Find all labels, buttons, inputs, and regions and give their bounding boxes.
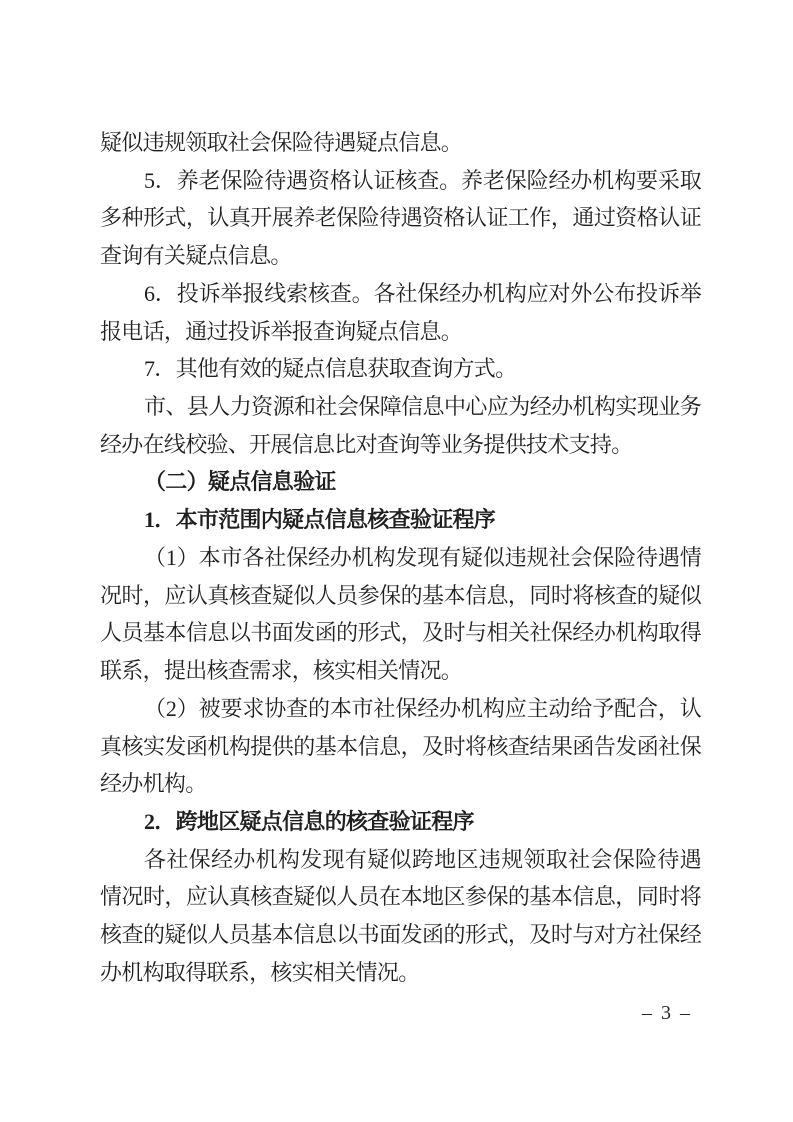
document-page: 疑似违规领取社会保险待遇疑点信息。5．养老保险待遇资格认证核查。养老保险经办机构…: [0, 0, 793, 1122]
body-text-line: （2）被要求协查的本市社保经办机构应主动给予配合，认: [100, 690, 701, 728]
body-text-line: 查询有关疑点信息。: [100, 237, 701, 275]
body-text-line: 各社保经办机构发现有疑似跨地区违规领取社会保险待遇: [100, 841, 701, 879]
body-text-line: 报电话，通过投诉举报查询疑点信息。: [100, 313, 701, 351]
body-text-line: 情况时，应认真核查疑似人员在本地区参保的基本信息，同时将: [100, 878, 701, 916]
body-text-line: 人员基本信息以书面发函的形式，及时与相关社保经办机构取得: [100, 614, 701, 652]
body-text-line: 经办机构。: [100, 765, 701, 803]
body-text-line: 经办在线校验、开展信息比对查询等业务提供技术支持。: [100, 426, 701, 464]
body-text-line: 真核实发函机构提供的基本信息，及时将核查结果函告发函社保: [100, 728, 701, 766]
body-text-line: 疑似违规领取社会保险待遇疑点信息。: [100, 124, 701, 162]
body-text-line: 联系，提出核查需求，核实相关情况。: [100, 652, 701, 690]
body-text-line: 市、县人力资源和社会保障信息中心应为经办机构实现业务: [100, 388, 701, 426]
body-text-line: 核查的疑似人员基本信息以书面发函的形式，及时与对方社保经: [100, 916, 701, 954]
section-heading-line: 1．本市范围内疑点信息核查验证程序: [100, 501, 701, 539]
document-body: 疑似违规领取社会保险待遇疑点信息。5．养老保险待遇资格认证核查。养老保险经办机构…: [100, 124, 701, 992]
page-number: – 3 –: [642, 1001, 692, 1025]
body-text-line: 5．养老保险待遇资格认证核查。养老保险经办机构要采取: [100, 162, 701, 200]
section-heading-line: （二）疑点信息验证: [100, 463, 701, 501]
body-text-line: 6．投诉举报线索核查。各社保经办机构应对外公布投诉举: [100, 275, 701, 313]
body-text-line: （1）本市各社保经办机构发现有疑似违规社会保险待遇情: [100, 539, 701, 577]
section-heading-line: 2．跨地区疑点信息的核查验证程序: [100, 803, 701, 841]
body-text-line: 7．其他有效的疑点信息获取查询方式。: [100, 350, 701, 388]
body-text-line: 况时，应认真核查疑似人员参保的基本信息，同时将核查的疑似: [100, 577, 701, 615]
body-text-line: 多种形式，认真开展养老保险待遇资格认证工作，通过资格认证: [100, 199, 701, 237]
body-text-line: 办机构取得联系，核实相关情况。: [100, 954, 701, 992]
